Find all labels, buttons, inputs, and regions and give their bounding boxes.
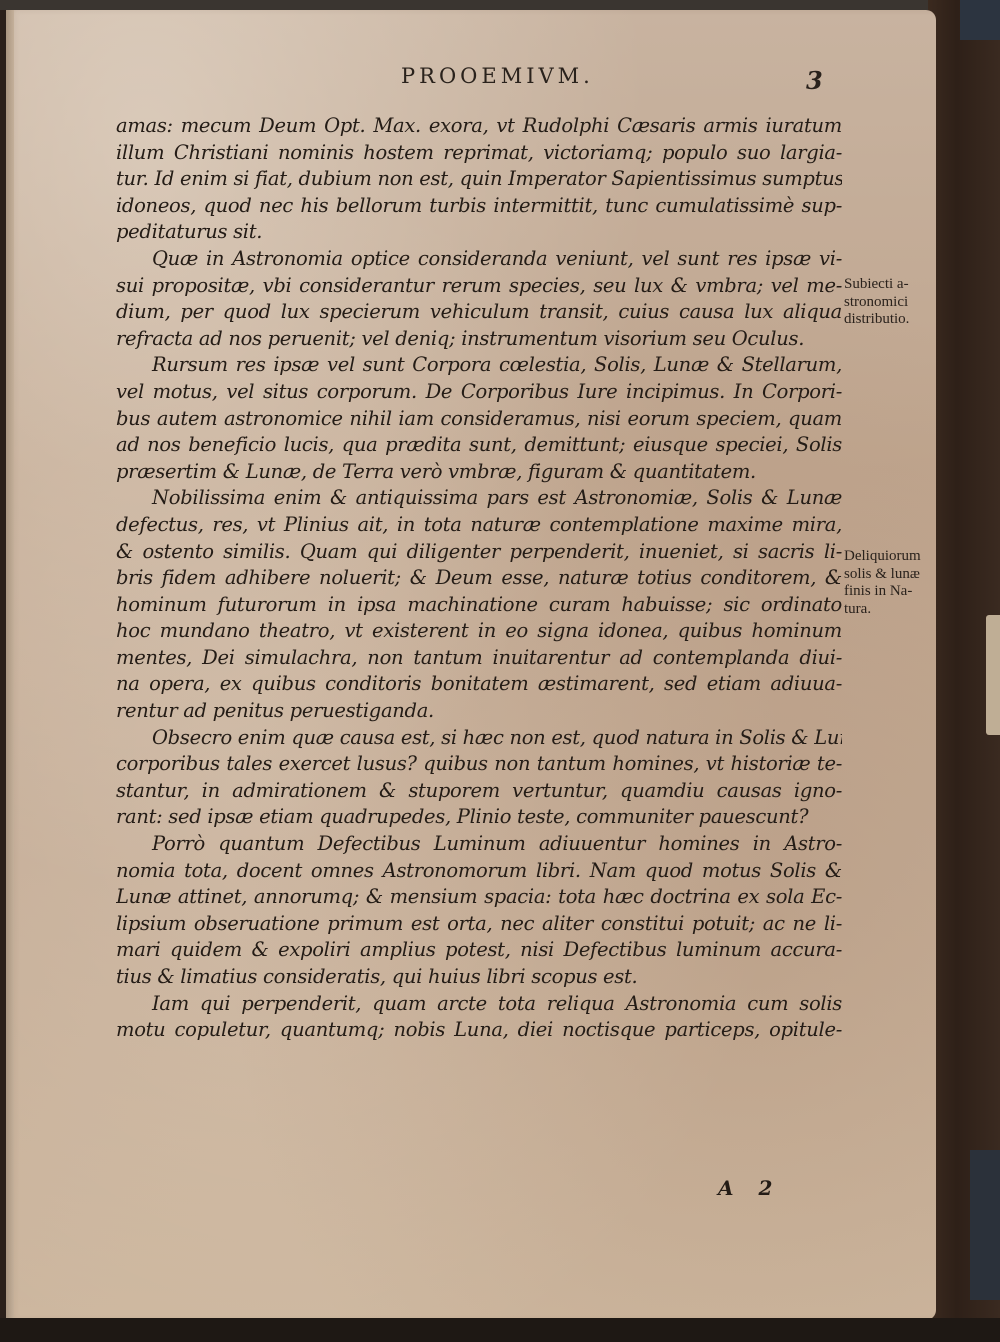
- text-line: vel motus, vel situs corporum. De Corpor…: [116, 379, 842, 406]
- margin-note-line: Subiecti a-: [844, 276, 944, 294]
- margin-note-line: tura.: [844, 601, 944, 619]
- text-line: rant: sed ipsæ etiam quadrupedes, Plinio…: [116, 804, 842, 831]
- text-line: Obsecro enim quæ causa est, si hæc non e…: [116, 725, 842, 752]
- margin-note-line: finis in Na-: [844, 583, 944, 601]
- text-line: hoc mundano theatro, vt existerent in eo…: [116, 618, 842, 645]
- text-line: Porrò quantum Defectibus Luminum adiuuen…: [116, 831, 842, 858]
- text-line: bus autem astronomice nihil iam consider…: [116, 406, 842, 433]
- text-line: hominum futurorum in ipsa machinatione c…: [116, 592, 842, 619]
- text-line: stantur, in admirationem & stuporem vert…: [116, 778, 842, 805]
- margin-note-eclipses: Deliquiorum solis & lunæ finis in Na- tu…: [844, 548, 944, 618]
- margin-note-line: distributio.: [844, 311, 944, 329]
- scan-backdrop-top: [0, 0, 1000, 10]
- book-page: PROOEMIVM. 3 amas: mecum Deum Opt. Max. …: [6, 10, 936, 1320]
- text-line: Quæ in Astronomia optice consideranda ve…: [116, 246, 842, 273]
- text-line: illum Christiani nominis hostem reprimat…: [116, 140, 842, 167]
- text-line: tius & limatius consideratis, qui huius …: [116, 964, 842, 991]
- margin-note-line: Deliquiorum: [844, 548, 944, 566]
- text-line: defectus, res, vt Plinius ait, in tota n…: [116, 512, 842, 539]
- text-line: amas: mecum Deum Opt. Max. exora, vt Rud…: [116, 113, 842, 140]
- margin-note-subject-distribution: Subiecti a- stronomici distributio.: [844, 276, 944, 329]
- text-line: Lunæ attinet, annorumq; & mensium spacia…: [116, 884, 842, 911]
- margin-note-line: solis & lunæ: [844, 566, 944, 584]
- book-binding: [928, 0, 1000, 1342]
- text-line: dium, per quod lux specierum vehiculum t…: [116, 299, 842, 326]
- page-number: 3: [806, 66, 823, 95]
- text-line: ad nos beneficio lucis, qua prædita sunt…: [116, 432, 842, 459]
- signature-mark: A 2: [718, 1176, 772, 1200]
- text-line: motu copuletur, quantumq; nobis Luna, di…: [116, 1017, 842, 1044]
- scan-backdrop-bottom: [0, 1318, 1000, 1342]
- text-line: idoneos, quod nec his bellorum turbis in…: [116, 193, 842, 220]
- text-line: bris fidem adhibere noluerit; & Deum ess…: [116, 565, 842, 592]
- text-line: tur. Id enim si fiat, dubium non est, qu…: [116, 166, 842, 193]
- text-line: rentur ad penitus peruestiganda.: [116, 698, 842, 725]
- text-line: nomia tota, docent omnes Astronomorum li…: [116, 858, 842, 885]
- text-line: sui propositæ, vbi considerantur rerum s…: [116, 273, 842, 300]
- text-line: peditaturus sit.: [116, 219, 842, 246]
- page-gutter-edge: [6, 10, 14, 1320]
- running-title: PROOEMIVM.: [401, 64, 594, 88]
- text-line: na opera, ex quibus conditoris bonitatem…: [116, 671, 842, 698]
- margin-note-line: stronomici: [844, 294, 944, 312]
- text-line: lipsium obseruatione primum est orta, ne…: [116, 911, 842, 938]
- text-line: refracta ad nos peruenit; vel deniq; ins…: [116, 326, 842, 353]
- text-line: mari quidem & expoliri amplius potest, n…: [116, 937, 842, 964]
- text-line: Rursum res ipsæ vel sunt Corpora cœlesti…: [116, 352, 842, 379]
- text-line: præsertim & Lunæ, de Terra verò vmbræ, f…: [116, 459, 842, 486]
- binding-cloth-top: [960, 0, 1000, 40]
- text-line: mentes, Dei simulachra, non tantum inuit…: [116, 645, 842, 672]
- main-text-block: amas: mecum Deum Opt. Max. exora, vt Rud…: [116, 113, 842, 1044]
- text-line: corporibus tales exercet lusus? quibus n…: [116, 751, 842, 778]
- text-line: & ostento similis. Quam qui diligenter p…: [116, 539, 842, 566]
- page-header: PROOEMIVM. 3: [6, 64, 936, 104]
- binding-cloth-bottom: [970, 1150, 1000, 1300]
- text-line: Nobilissima enim & antiquissima pars est…: [116, 485, 842, 512]
- page-edge-tab: [986, 615, 1000, 735]
- text-line: Iam qui perpenderit, quam arcte tota rel…: [116, 991, 842, 1018]
